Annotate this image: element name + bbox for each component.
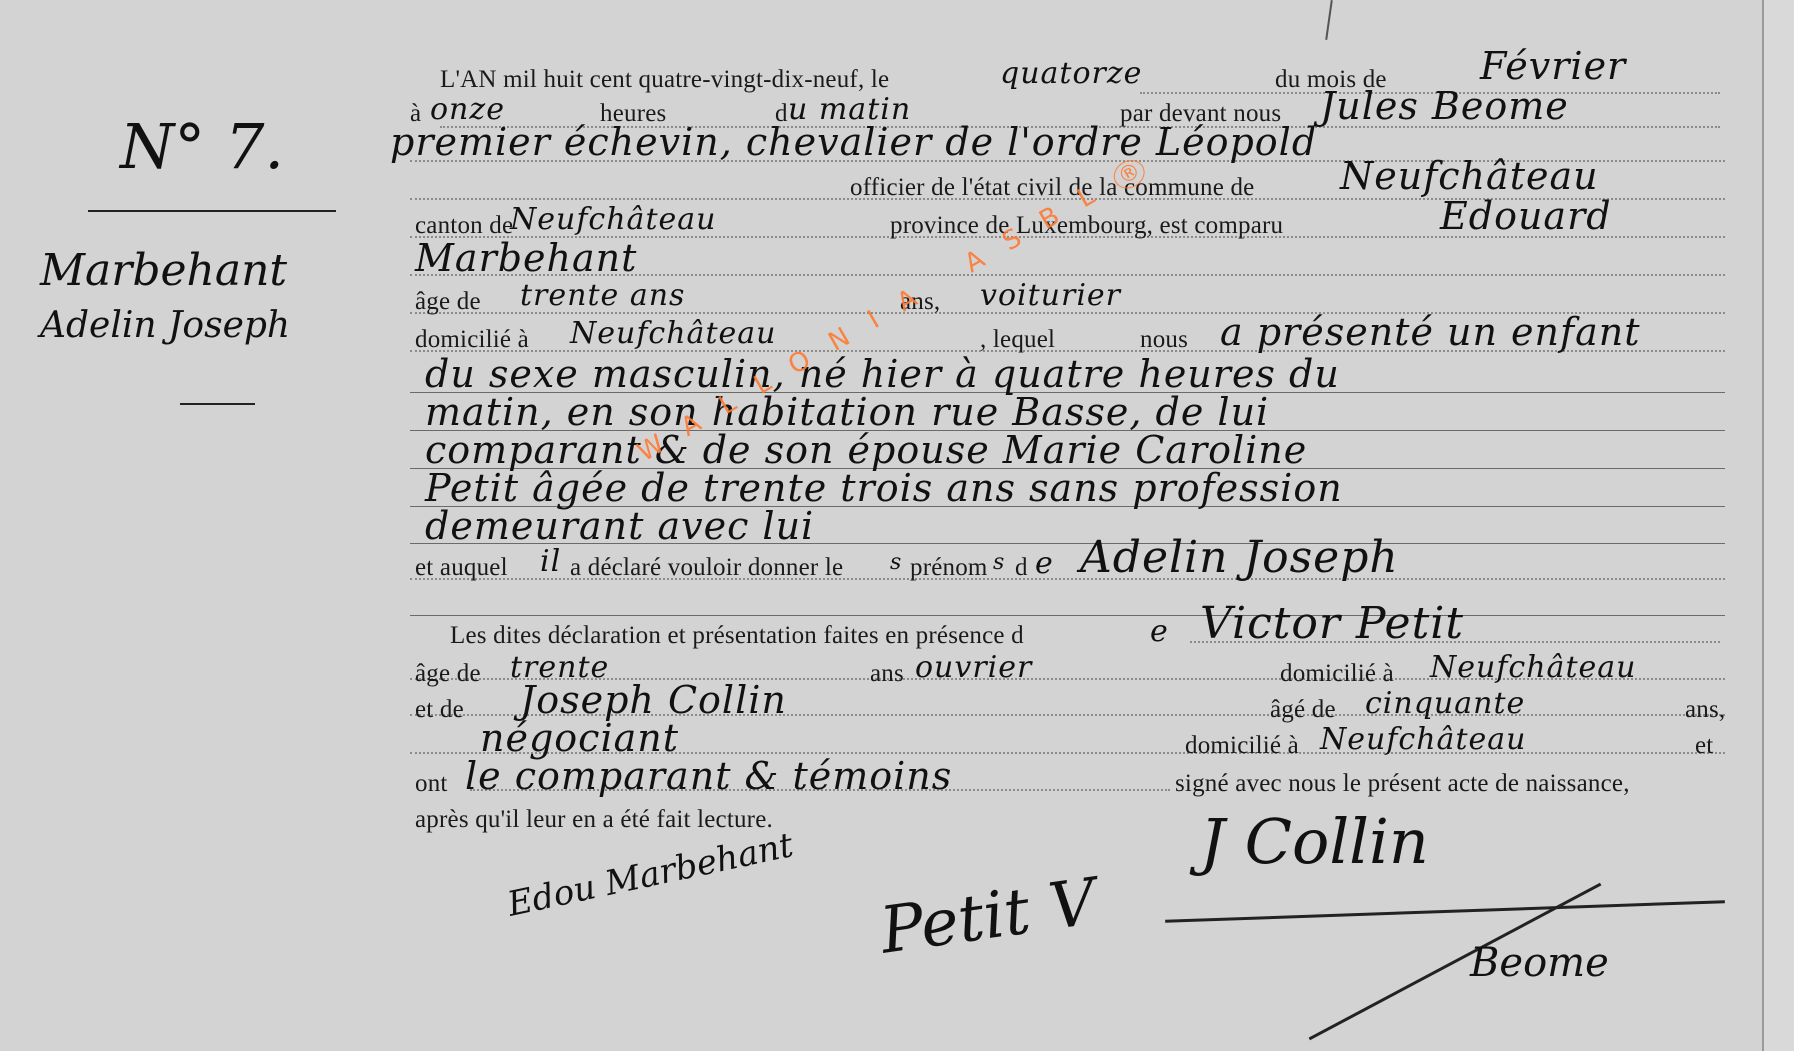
printed-text: officier de l'état civil de la commune d… [850, 174, 1254, 202]
handwritten-witness-2-age: cinquante [1365, 686, 1525, 721]
handwritten-witness-1: Victor Petit [1200, 598, 1464, 649]
record-line-11: comparant & de son épouse Marie Caroline [425, 434, 1735, 468]
handwritten-officer: Jules Beome [1320, 84, 1569, 128]
printed-text: et de [415, 696, 464, 724]
signature-flourish [1165, 900, 1725, 923]
printed-text: domicilié à [1185, 732, 1299, 760]
printed-text: âge de [415, 288, 481, 316]
record-line-14: et auquel il a déclaré vouloir donner le… [420, 548, 1730, 582]
handwritten-given-names: Adelin Joseph [1080, 532, 1399, 583]
entry-number: N° 7. [120, 110, 284, 183]
adjacent-page-margin [1764, 0, 1794, 1051]
printed-text: ont [415, 770, 448, 798]
handwritten-text: s [890, 550, 902, 575]
handwritten-month: Février [1480, 44, 1626, 88]
handwritten-text: s [993, 550, 1005, 575]
handwritten-age: trente ans [520, 278, 685, 313]
margin-divider [88, 210, 336, 212]
handwritten-witness-1-profession: ouvrier [915, 650, 1032, 685]
printed-text: ans [870, 660, 904, 688]
handwritten-officer-title: premier échevin, chevalier de l'ordre Lé… [390, 120, 1317, 164]
printed-text: signé avec nous le présent acte de naiss… [1175, 770, 1630, 798]
handwritten-text: il [540, 544, 561, 579]
handwritten-presentation: a présenté un enfant [1220, 310, 1640, 354]
printed-text: et [1695, 732, 1713, 760]
signature-witness-2: J Collin [1200, 805, 1429, 878]
printed-text: d [1015, 554, 1028, 582]
handwritten-residence: Neufchâteau [570, 316, 776, 351]
printed-text: nous [1140, 326, 1188, 354]
signature-witness-1: Petit V [876, 865, 1101, 968]
handwritten-text: e [1035, 546, 1054, 581]
record-line-8: domicilié à Neufchâteau , lequel nous a … [420, 320, 1730, 354]
margin-surname: Marbehant [40, 245, 287, 296]
handwritten-declarant-first: Edouard [1440, 194, 1612, 238]
handwritten-declarant-last: Marbehant [415, 236, 637, 280]
margin-given-names: Adelin Joseph [40, 305, 290, 346]
printed-text: a déclaré vouloir donner le [570, 554, 843, 582]
handwritten-text: demeurant avec lui [425, 504, 814, 548]
printed-text: domicilié à [1280, 660, 1394, 688]
printed-text: L'AN mil huit cent quatre-vingt-dix-neuf… [440, 66, 889, 94]
handwritten-text: le comparant & témoins [465, 754, 952, 798]
record-line-10: matin, en son habitation rue Basse, de l… [425, 396, 1735, 430]
printed-text: Les dites déclaration et présentation fa… [450, 622, 1024, 650]
printed-text: âge de [415, 660, 481, 688]
record-line-15: Les dites déclaration et présentation fa… [420, 616, 1730, 650]
printed-text: , lequel [980, 326, 1055, 354]
handwritten-canton: Neufchâteau [510, 202, 716, 237]
signature-officer: Beome [1470, 940, 1609, 986]
handwritten-witness-2-residence: Neufchâteau [1320, 722, 1526, 757]
signature-declarant: Edou Marbehant [504, 825, 797, 925]
handwritten-day: quatorze [1000, 56, 1142, 91]
record-line-12: Petit âgée de trente trois ans sans prof… [425, 472, 1735, 506]
handwritten-commune: Neufchâteau [1340, 154, 1599, 198]
printed-text: domicilié à [415, 326, 529, 354]
printed-text: ans, [1685, 696, 1725, 724]
pen-stroke [1325, 0, 1333, 40]
handwritten-profession: voiturier [980, 278, 1121, 313]
printed-text: et auquel [415, 554, 508, 582]
record-line-9: du sexe masculin, né hier à quatre heure… [425, 358, 1735, 392]
record-line-20: après qu'il leur en a été fait lecture. [420, 800, 1730, 834]
margin-divider [180, 403, 255, 405]
record-line-19: ont le comparant & témoins signé avec no… [420, 764, 1730, 798]
record-line-6: Marbehant [415, 244, 1725, 278]
printed-text: prénom [910, 554, 988, 582]
handwritten-text: e [1150, 614, 1169, 649]
printed-text: après qu'il leur en a été fait lecture. [415, 806, 773, 834]
printed-text: province de Luxembourg, est comparu [890, 212, 1283, 240]
handwritten-witness-1-residence: Neufchâteau [1430, 650, 1636, 685]
printed-text: âgé de [1270, 696, 1336, 724]
